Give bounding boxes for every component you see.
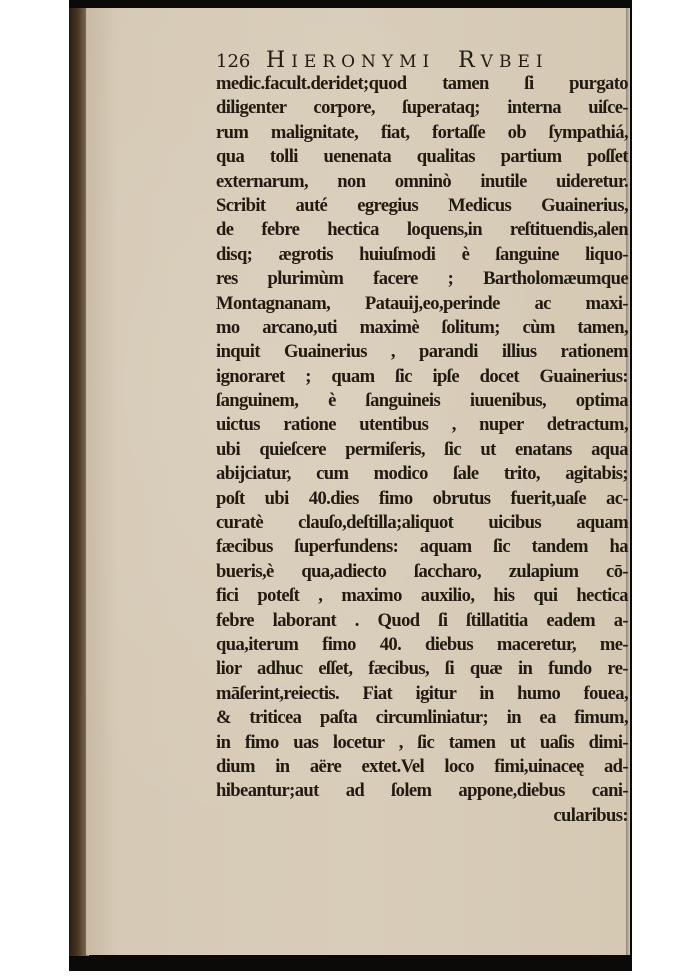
running-head: 126 HIERONYMI RVBEI (216, 49, 628, 72)
text-block: 126 HIERONYMI RVBEI medic.facult.deridet… (216, 49, 628, 828)
text-line: hibeantur;aut ad ſolem appone,diebus can… (216, 779, 628, 803)
text-line: qua,iterum fimo 40. diebus maceretur, me… (216, 633, 628, 657)
text-line: qua tolli uenenata qualitas partium poſſ… (216, 145, 628, 169)
running-head-title: HIERONYMI RVBEI (266, 49, 549, 74)
text-line: poſt ubi 40.dies fimo obrutus fuerit,uaſ… (216, 487, 628, 511)
text-line: externarum, non omninò inutile uideretur… (216, 170, 628, 194)
text-line: lior adhuc eſſet, fæcibus, ſi quæ in fun… (216, 657, 628, 681)
text-line: ignoraret ; quam ſic ipſe docet Guaineri… (216, 365, 628, 389)
text-line: dium in aëre extet.Vel loco fimi,uinaceę… (216, 755, 628, 779)
text-line: Montagnanam, Patauij,eo,perinde ac maxi- (216, 292, 628, 316)
text-line: fici poteſt , maximo auxilio, his qui he… (216, 584, 628, 608)
text-line: inquit Guainerius , parandi illius ratio… (216, 340, 628, 364)
text-line: bueris,è qua,adiecto ſaccharo, zulapium … (216, 560, 628, 584)
text-line: diligenter corpore, ſuperataq; interna u… (216, 96, 628, 120)
catchword-line: cularibus: (216, 804, 628, 828)
text-line: ſanguinem, è ſanguineis iuuenibus, optim… (216, 389, 628, 413)
text-line: Scribit auté egregius Medicus Guainerius… (216, 194, 628, 218)
text-line: medic.facult.deridet;quod tamen ſi purga… (216, 72, 628, 96)
text-line: māſerint,reiectis. Fiat igitur in humo f… (216, 682, 628, 706)
page-number: 126 (216, 50, 266, 73)
text-line: in fimo uas locetur , ſic tamen ut uaſis… (216, 731, 628, 755)
text-line: & triticea paſta circumliniatur; in ea f… (216, 706, 628, 730)
text-line: fæcibus ſuperfundens: aquam ſic tandem h… (216, 535, 628, 559)
text-line: ubi quieſcere permiſeris, ſic ut enatans… (216, 438, 628, 462)
text-line: rum malignitate, fiat, fortaſſe ob ſympa… (216, 121, 628, 145)
text-line: res plurimùm facere ; Bartholomæumque (216, 267, 628, 291)
text-line: disq; ægrotis huiuſmodi è ſanguine liquo… (216, 243, 628, 267)
text-line: mo arcano,uti maximè ſolitum; cùm tamen, (216, 316, 628, 340)
text-line: abijciatur, cum modico ſale trito, agita… (216, 462, 628, 486)
text-line: uictus ratione utentibus , nuper detract… (216, 413, 628, 437)
text-line: de febre hectica loquens,in reſtituendis… (216, 218, 628, 242)
text-line: curatè clauſo,deſtilla;aliquot uicibus a… (216, 511, 628, 535)
text-line: febre laborant . Quod ſi ſtillatitia ead… (216, 609, 628, 633)
